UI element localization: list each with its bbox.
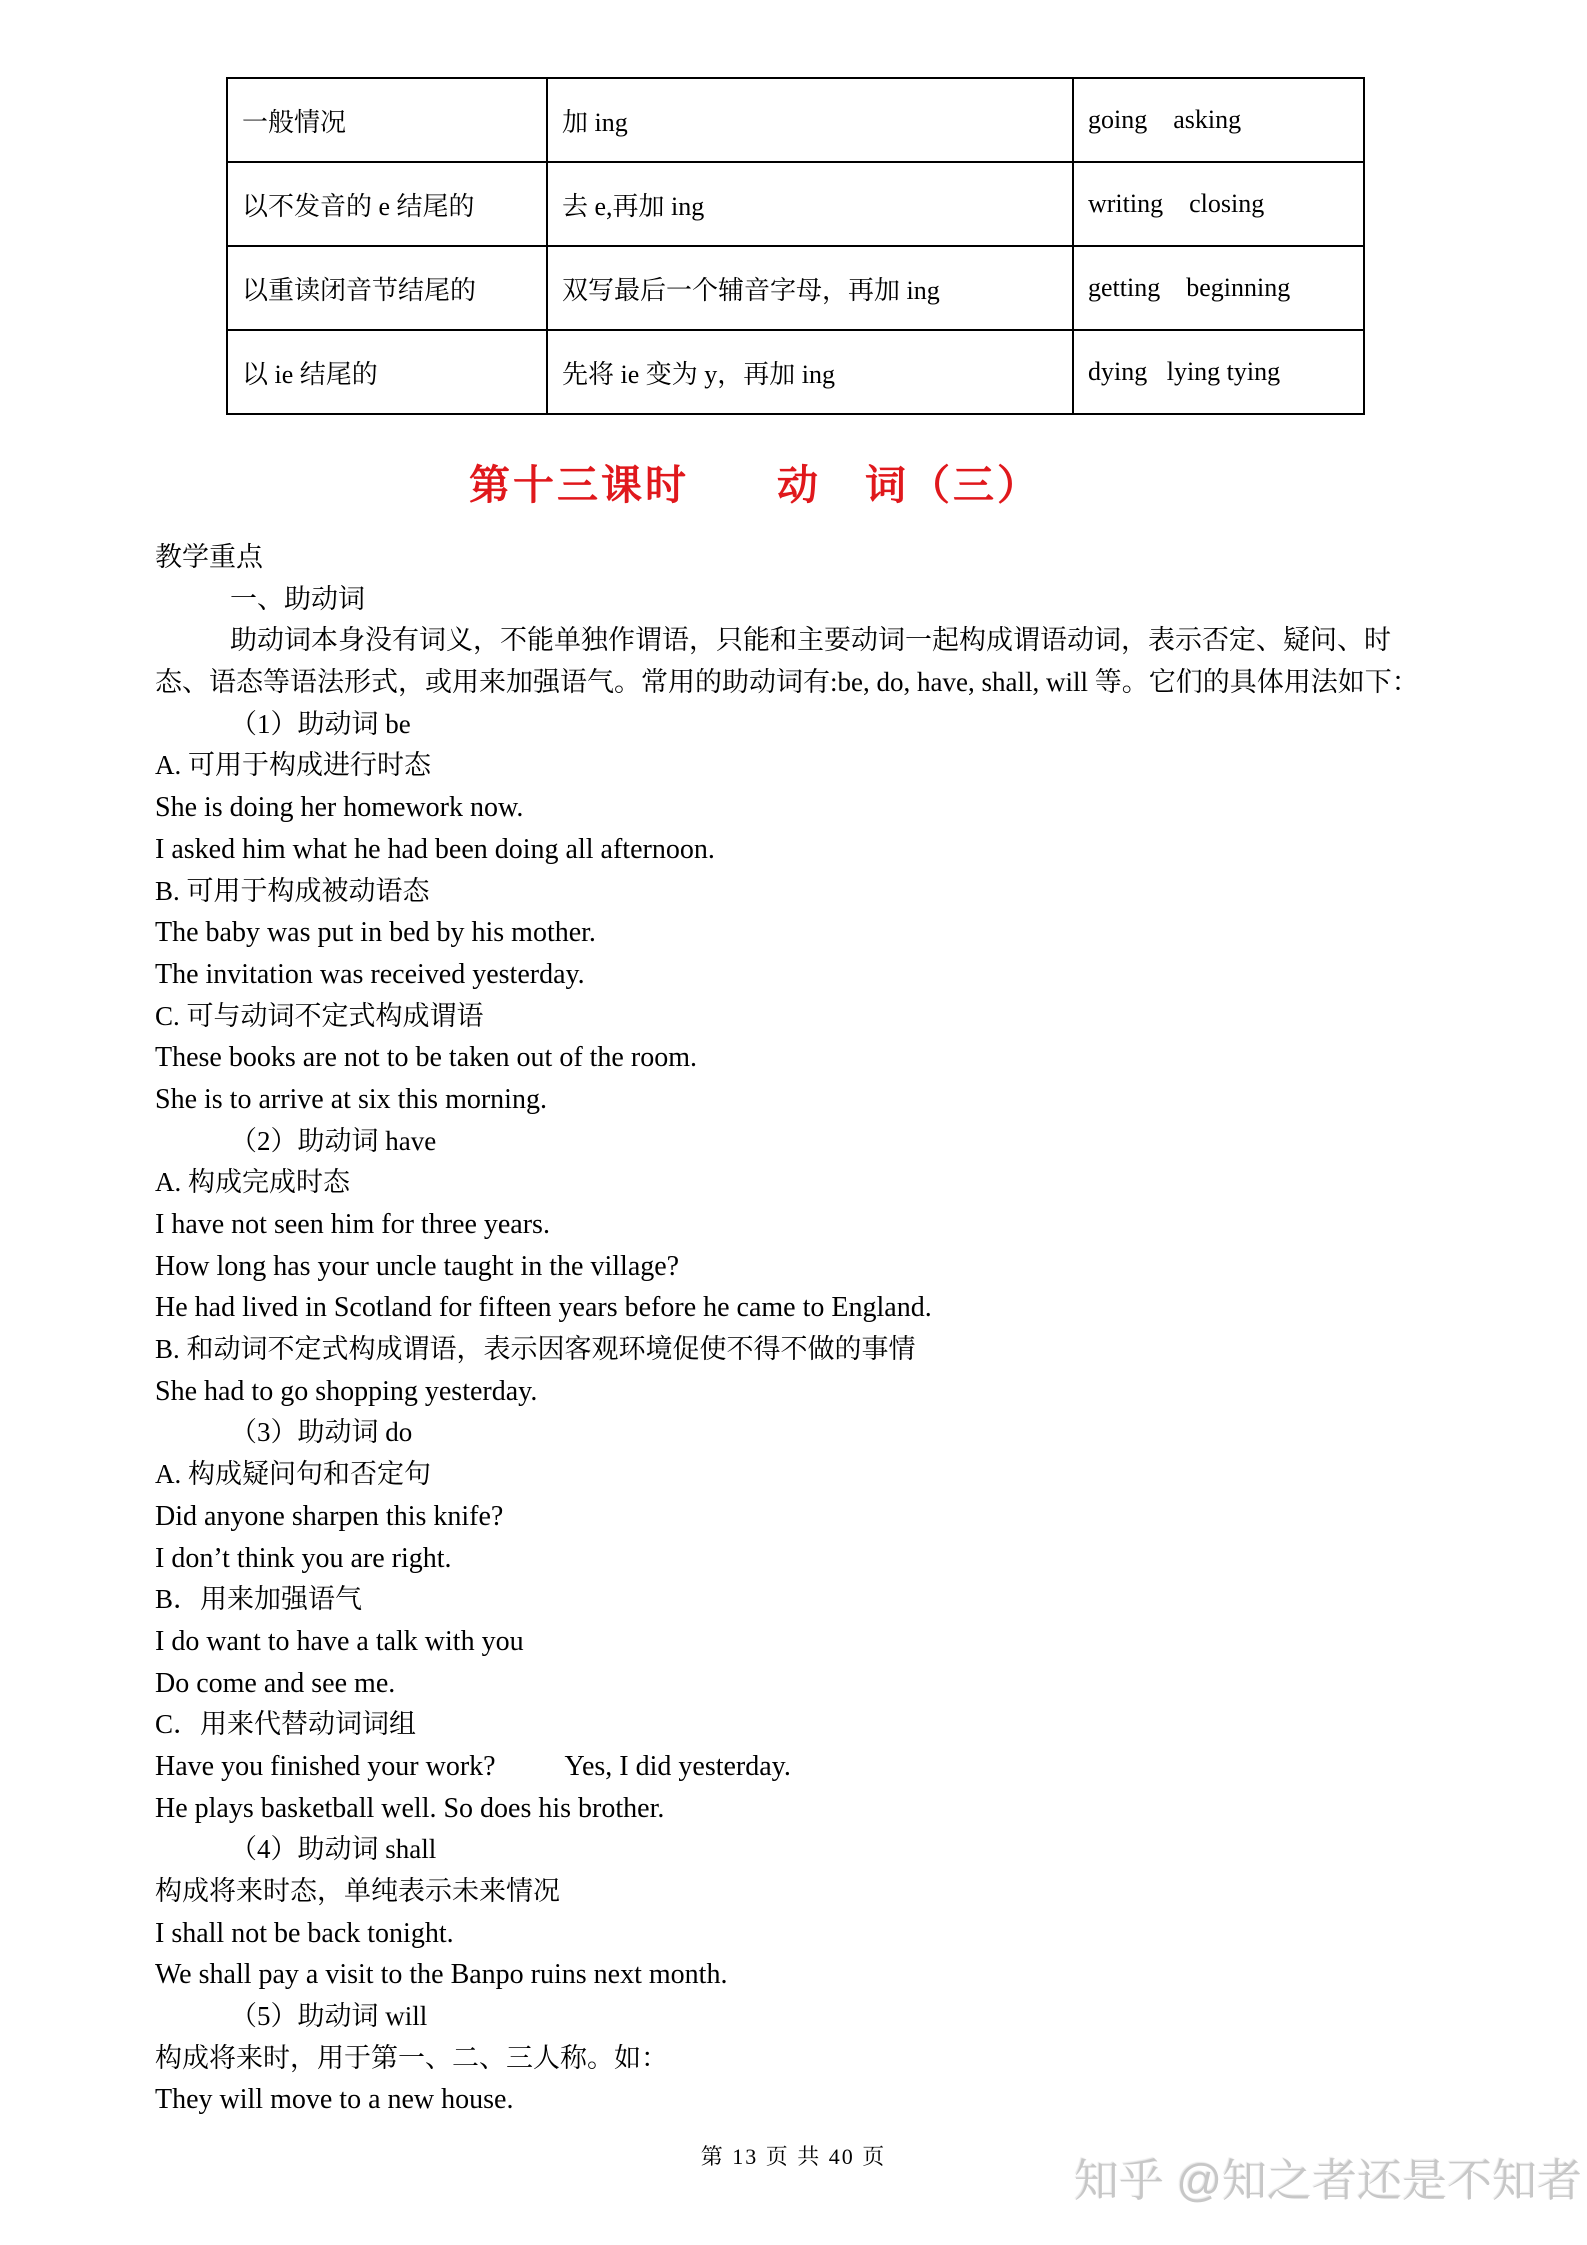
body-line: I don’t think you are right. (155, 1538, 1450, 1580)
body-line: （5）助动词 will (155, 1996, 1450, 2038)
body-line: She is to arrive at six this morning. (155, 1079, 1450, 1121)
body-line: She is doing her homework now. (155, 787, 1450, 829)
body-line: 教学重点 (155, 537, 1450, 579)
lesson-title: 第十三课时 动 词（三） (0, 452, 1510, 511)
body-line: Have you finished your work? Yes, I did … (155, 1746, 1450, 1788)
body-line: Do come and see me. (155, 1663, 1450, 1705)
cell-condition: 一般情况 (227, 78, 547, 162)
body-line: （2）助动词 have (155, 1121, 1450, 1163)
cell-condition: 以不发音的 e 结尾的 (227, 162, 547, 246)
ing-form-rules-table: 一般情况加 inggoing asking以不发音的 e 结尾的去 e,再加 i… (226, 77, 1365, 415)
body-line: I have not seen him for three years. (155, 1204, 1450, 1246)
body-line: He plays basketball well. So does his br… (155, 1788, 1450, 1830)
cell-rule: 先将 ie 变为 y，再加 ing (547, 330, 1073, 414)
body-line: A. 构成完成时态 (155, 1162, 1450, 1204)
cell-rule: 加 ing (547, 78, 1073, 162)
body-line: C．用来代替动词词组 (155, 1704, 1450, 1746)
body-line: A. 可用于构成进行时态 (155, 745, 1450, 787)
body-line: How long has your uncle taught in the vi… (155, 1246, 1450, 1288)
body-line: A. 构成疑问句和否定句 (155, 1454, 1450, 1496)
table-body: 一般情况加 inggoing asking以不发音的 e 结尾的去 e,再加 i… (227, 78, 1364, 414)
watermark: 知乎 @知之者还是不知者 (1074, 2144, 1582, 2209)
body-line: Did anyone sharpen this knife? (155, 1496, 1450, 1538)
cell-condition: 以重读闭音节结尾的 (227, 246, 547, 330)
body-line: （4）助动词 shall (155, 1829, 1450, 1871)
document-page: 一般情况加 inggoing asking以不发音的 e 结尾的去 e,再加 i… (0, 0, 1587, 2245)
lesson-body: 教学重点一、助动词助动词本身没有词义，不能单独作谓语，只能和主要动词一起构成谓语… (155, 537, 1450, 2121)
cell-rule: 去 e,再加 ing (547, 162, 1073, 246)
body-line: B. 和动词不定式构成谓语，表示因客观环境促使不得不做的事情 (155, 1329, 1450, 1371)
body-line: 助动词本身没有词义，不能单独作谓语，只能和主要动词一起构成谓语动词，表示否定、疑… (155, 620, 1450, 662)
body-line: She had to go shopping yesterday. (155, 1371, 1450, 1413)
body-line: These books are not to be taken out of t… (155, 1037, 1450, 1079)
body-line: （3）助动词 do (155, 1412, 1450, 1454)
cell-examples: dying lying tying (1073, 330, 1364, 414)
table-row: 一般情况加 inggoing asking (227, 78, 1364, 162)
body-line: I shall not be back tonight. (155, 1913, 1450, 1955)
body-line: We shall pay a visit to the Banpo ruins … (155, 1954, 1450, 1996)
body-line: 构成将来时态，单纯表示未来情况 (155, 1871, 1450, 1913)
body-line: I asked him what he had been doing all a… (155, 829, 1450, 871)
body-line: B．用来加强语气 (155, 1579, 1450, 1621)
body-line: The baby was put in bed by his mother. (155, 912, 1450, 954)
body-line: C. 可与动词不定式构成谓语 (155, 996, 1450, 1038)
cell-examples: getting beginning (1073, 246, 1364, 330)
body-line: B. 可用于构成被动语态 (155, 871, 1450, 913)
body-line: They will move to a new house. (155, 2079, 1450, 2121)
table-row: 以不发音的 e 结尾的去 e,再加 ingwriting closing (227, 162, 1364, 246)
body-line: He had lived in Scotland for fifteen yea… (155, 1287, 1450, 1329)
body-line: I do want to have a talk with you (155, 1621, 1450, 1663)
body-line: The invitation was received yesterday. (155, 954, 1450, 996)
body-line: 一、助动词 (155, 579, 1450, 621)
cell-condition: 以 ie 结尾的 (227, 330, 547, 414)
body-line: （1）助动词 be (155, 704, 1450, 746)
body-line: 态、语态等语法形式，或用来加强语气。常用的助动词有:be, do, have, … (155, 662, 1450, 704)
cell-rule: 双写最后一个辅音字母，再加 ing (547, 246, 1073, 330)
cell-examples: writing closing (1073, 162, 1364, 246)
table-row: 以重读闭音节结尾的双写最后一个辅音字母，再加 inggetting beginn… (227, 246, 1364, 330)
table-row: 以 ie 结尾的先将 ie 变为 y，再加 ingdying lying tyi… (227, 330, 1364, 414)
body-line: 构成将来时，用于第一、二、三人称。如： (155, 2038, 1450, 2080)
cell-examples: going asking (1073, 78, 1364, 162)
